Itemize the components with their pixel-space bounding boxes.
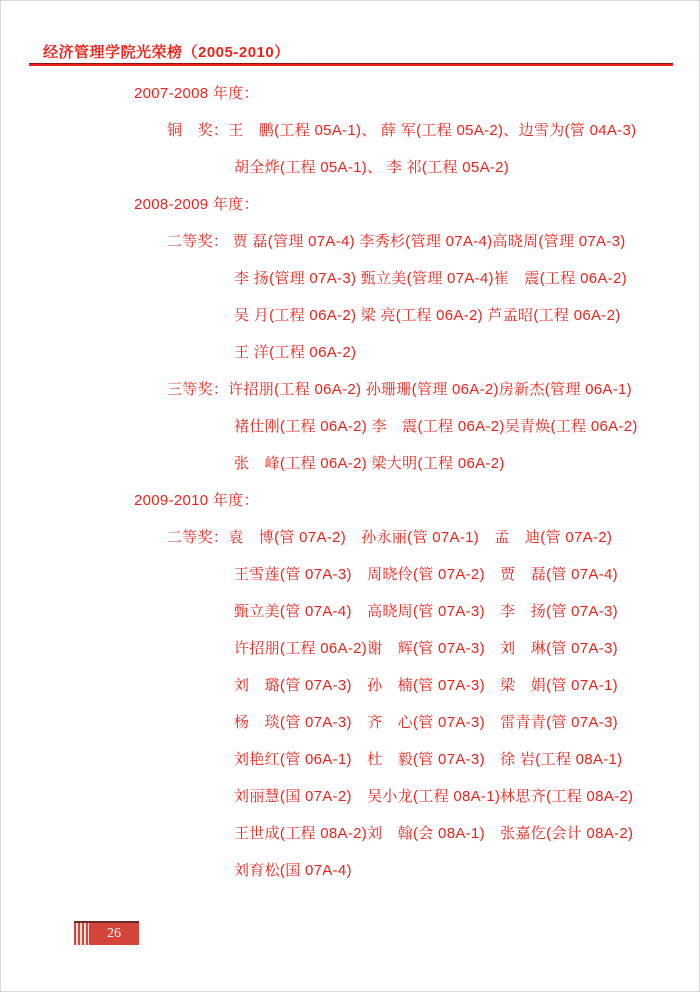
honor-line: 胡全烨(工程 05A-1)、 李 祁(工程 05A-2) <box>1 149 700 186</box>
header-rule <box>29 63 673 66</box>
honor-line: 刘艳红(管 06A-1) 杜 毅(管 07A-3) 徐 岩(工程 08A-1) <box>1 741 700 778</box>
honor-line: 2007-2008 年度： <box>1 75 700 112</box>
honor-line: 2008-2009 年度： <box>1 186 700 223</box>
page-number-badge: 26 <box>74 921 139 945</box>
honor-line: 王 洋(工程 06A-2) <box>1 334 700 371</box>
honor-line: 刘育松(国 07A-4) <box>1 852 700 889</box>
honor-line: 2009-2010 年度： <box>1 482 700 519</box>
page-title: 经济管理学院光荣榜（2005-2010） <box>43 41 290 62</box>
honor-line: 褚仕刚(工程 06A-2) 李 震(工程 06A-2)吴青焕(工程 06A-2) <box>1 408 700 445</box>
honor-line: 吴 月(工程 06A-2) 梁 亮(工程 06A-2) 芦孟昭(工程 06A-2… <box>1 297 700 334</box>
honor-line: 刘丽慧(国 07A-2) 吴小龙(工程 08A-1)林思齐(工程 08A-2) <box>1 778 700 815</box>
honor-line: 杨 琰(管 07A-3) 齐 心(管 07A-3) 雷青青(管 07A-3) <box>1 704 700 741</box>
honor-line: 刘 璐(管 07A-3) 孙 楠(管 07A-3) 梁 娟(管 07A-1) <box>1 667 700 704</box>
honor-line: 许招朋(工程 06A-2)谢 辉(管 07A-3) 刘 琳(管 07A-3) <box>1 630 700 667</box>
honor-line: 王雪莲(管 07A-3) 周晓伶(管 07A-2) 贾 磊(管 07A-4) <box>1 556 700 593</box>
honor-roll-list: 2007-2008 年度：铜 奖：王 鹏(工程 05A-1)、 薛 军(工程 0… <box>1 75 700 889</box>
document-page: 经济管理学院光荣榜（2005-2010） 2007-2008 年度：铜 奖：王 … <box>0 0 700 992</box>
honor-line: 三等奖：许招朋(工程 06A-2) 孙珊珊(管理 06A-2)房新杰(管理 06… <box>1 371 700 408</box>
honor-line: 李 扬(管理 07A-3) 甄立美(管理 07A-4)崔 震(工程 06A-2) <box>1 260 700 297</box>
honor-line: 铜 奖：王 鹏(工程 05A-1)、 薛 军(工程 05A-2)、边雪为(管 0… <box>1 112 700 149</box>
honor-line: 王世成(工程 08A-2)刘 翰(会 08A-1) 张嘉仡(会计 08A-2) <box>1 815 700 852</box>
honor-line: 二等奖：袁 博(管 07A-2) 孙永丽(管 07A-1) 孟 迪(管 07A-… <box>1 519 700 556</box>
honor-line: 二等奖： 贾 磊(管理 07A-4) 李秀杉(管理 07A-4)高晓周(管理 0… <box>1 223 700 260</box>
honor-line: 张 峰(工程 06A-2) 梁大明(工程 06A-2) <box>1 445 700 482</box>
honor-line: 甄立美(管 07A-4) 高晓周(管 07A-3) 李 扬(管 07A-3) <box>1 593 700 630</box>
badge-stripes-decoration <box>74 923 89 945</box>
page-number: 26 <box>89 923 139 945</box>
